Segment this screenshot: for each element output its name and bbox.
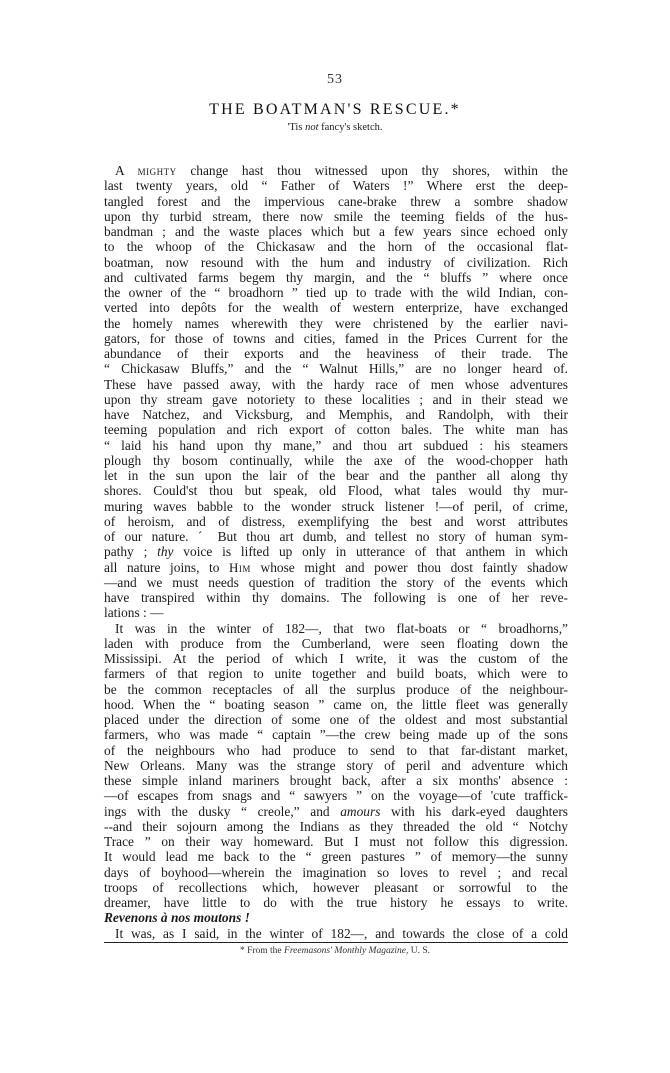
text-run: placed under the direction of some one o… <box>104 712 568 727</box>
text-run: to the whoop of the Chickasaw and the ho… <box>104 239 568 254</box>
text-line: last twenty years, old “ Father of Water… <box>104 178 568 193</box>
text-run: have Natchez, and Vicksburg, and Memphis… <box>104 407 568 422</box>
footnote-source: Freemasons' Monthly Magazine, <box>284 946 408 956</box>
text-line: all nature joins, to Him whose might and… <box>104 560 568 575</box>
text-line: placed under the direction of some one o… <box>104 712 568 727</box>
text-run: the owner of the “ broadhorn ” tied up t… <box>104 285 568 300</box>
text-line: lations : — <box>104 605 568 620</box>
text-run: these simple inland mariners brought bac… <box>104 773 568 788</box>
text-run: of our nature. ˊ But thou art dumb, and … <box>104 529 568 544</box>
text-line: It was, as I said, in the winter of 182—… <box>104 926 568 941</box>
text-line: —of escapes from snags and “ sawyers ” o… <box>104 788 568 803</box>
text-run: have transpired within thy domains. The … <box>104 590 568 605</box>
text-run: with his dark-eyed daughters <box>380 804 568 819</box>
text-line: These have passed away, with the hardy r… <box>104 377 568 392</box>
text-line: pathy ; thy voice is lifted up only in u… <box>104 544 568 559</box>
footnote-rule <box>104 942 568 943</box>
text-line: and cultivated farms begem thy margin, a… <box>104 270 568 285</box>
text-run: Him <box>229 560 251 575</box>
text-line: the owner of the “ broadhorn ” tied up t… <box>104 285 568 300</box>
text-line: days of boyhood—wherein the imagination … <box>104 865 568 880</box>
text-line: of the neighbours who had produce to sen… <box>104 743 568 758</box>
text-line: dreamer, have little to do with the true… <box>104 895 568 910</box>
text-run: “ laid his hand upon thy mane,” and thou… <box>104 438 568 453</box>
footnote: * From the Freemasons' Monthly Magazine,… <box>0 946 670 956</box>
text-line: “ Chickasaw Bluffs,” and the “ Walnut Hi… <box>104 361 568 376</box>
text-run: teeming population and rich export of co… <box>104 422 568 437</box>
epigraph-after: fancy's sketch. <box>319 122 383 133</box>
text-run: and cultivated farms begem thy margin, a… <box>104 270 568 285</box>
text-run: hood. When the “ boating season ” came o… <box>104 697 568 712</box>
text-line: troops of recollections which, however p… <box>104 880 568 895</box>
text-run: verted into depôts for the wealth of wes… <box>104 300 568 315</box>
epigraph-before: 'Tis <box>288 122 306 133</box>
text-run: tangled forest and the impervious cane-b… <box>104 194 568 209</box>
text-run: Trace ” on their way homeward. But I mus… <box>104 834 568 849</box>
text-line: farmers, who was made “ captain ”—the cr… <box>104 727 568 742</box>
text-line: let in the sun upon the lair of the bear… <box>104 468 568 483</box>
text-line: New Orleans. Many was the strange story … <box>104 758 568 773</box>
text-run: gators, for those of towns and cities, f… <box>104 331 568 346</box>
text-line: be the common receptacles of all the sur… <box>104 682 568 697</box>
text-line: Mississipi. At the period of which I wri… <box>104 651 568 666</box>
text-run: thy <box>157 544 173 559</box>
text-run: A <box>115 163 138 178</box>
text-line: —and we must needs question of tradition… <box>104 575 568 590</box>
footnote-before: * From the <box>240 946 284 956</box>
text-line: It would lead me back to the “ green pas… <box>104 849 568 864</box>
text-line: verted into depôts for the wealth of wes… <box>104 300 568 315</box>
text-run: Mississipi. At the period of which I wri… <box>104 651 568 666</box>
text-run: voice is lifted up only in utterance of … <box>173 544 568 559</box>
text-run: let in the sun upon the lair of the bear… <box>104 468 568 483</box>
text-run: —of escapes from snags and “ sawyers ” o… <box>104 788 568 803</box>
text-run: upon thy stream gave notoriety to these … <box>104 392 568 407</box>
text-line: of our nature. ˊ But thou art dumb, and … <box>104 529 568 544</box>
text-line: upon thy turbid stream, there now smile … <box>104 209 568 224</box>
text-run: be the common receptacles of all the sur… <box>104 682 568 697</box>
text-line: A mighty change hast thou witnessed upon… <box>104 163 568 178</box>
text-run: troops of recollections which, however p… <box>104 880 568 895</box>
text-run: laden with produce from the Cumberland, … <box>104 636 568 651</box>
text-run: —and we must needs question of tradition… <box>104 575 568 590</box>
text-run: farmers, who was made “ captain ”—the cr… <box>104 727 568 742</box>
text-line: --and their sojourn among the Indians as… <box>104 819 568 834</box>
body-text: A mighty change hast thou witnessed upon… <box>104 163 568 941</box>
text-run: shores. Could'st thou but speak, old Flo… <box>104 483 568 498</box>
text-run: It was, as I said, in the winter of 182—… <box>115 926 568 941</box>
text-line: shores. Could'st thou but speak, old Flo… <box>104 483 568 498</box>
text-line: farmers of that region to unite together… <box>104 666 568 681</box>
text-line: to the whoop of the Chickasaw and the ho… <box>104 239 568 254</box>
text-run: lations : — <box>104 605 164 620</box>
text-run: days of boyhood—wherein the imagination … <box>104 865 568 880</box>
text-run: Revenons à nos moutons ! <box>104 910 250 925</box>
article-title: THE BOATMAN'S RESCUE.* <box>0 101 670 119</box>
epigraph: 'Tis not fancy's sketch. <box>0 122 670 133</box>
text-line: abundance of their exports and the heavi… <box>104 346 568 361</box>
text-run: change hast thou witnessed upon thy shor… <box>177 163 568 178</box>
text-run: These have passed away, with the hardy r… <box>104 377 568 392</box>
text-line: gators, for those of towns and cities, f… <box>104 331 568 346</box>
text-run: the homely names wherewith they were chr… <box>104 316 568 331</box>
text-line: upon thy stream gave notoriety to these … <box>104 392 568 407</box>
text-line: these simple inland mariners brought bac… <box>104 773 568 788</box>
text-run: dreamer, have little to do with the true… <box>104 895 568 910</box>
text-run: --and their sojourn among the Indians as… <box>104 819 568 834</box>
text-line: tangled forest and the impervious cane-b… <box>104 194 568 209</box>
text-run: whose might and power thou dost faintly … <box>251 560 568 575</box>
text-line: of heroism, and of distress, exemplifyin… <box>104 514 568 529</box>
text-run: ings with the dusky “ creole,” and <box>104 804 340 819</box>
text-run: pathy ; <box>104 544 157 559</box>
text-run: farmers of that region to unite together… <box>104 666 568 681</box>
text-run: of the neighbours who had produce to sen… <box>104 743 568 758</box>
text-run: amours <box>340 804 380 819</box>
text-run: of heroism, and of distress, exemplifyin… <box>104 514 568 529</box>
text-line: plough thy bosom continually, while the … <box>104 453 568 468</box>
text-line: have transpired within thy domains. The … <box>104 590 568 605</box>
text-run: “ Chickasaw Bluffs,” and the “ Walnut Hi… <box>104 361 568 376</box>
text-line: have Natchez, and Vicksburg, and Memphis… <box>104 407 568 422</box>
text-line: laden with produce from the Cumberland, … <box>104 636 568 651</box>
text-line: hood. When the “ boating season ” came o… <box>104 697 568 712</box>
text-line: Revenons à nos moutons ! <box>104 910 568 925</box>
text-line: “ laid his hand upon thy mane,” and thou… <box>104 438 568 453</box>
text-run: boatman, now resound with the hum and in… <box>104 255 568 270</box>
text-line: boatman, now resound with the hum and in… <box>104 255 568 270</box>
epigraph-italic: not <box>305 122 318 133</box>
text-run: all nature joins, to <box>104 560 229 575</box>
text-run: bandman ; and the waste places which but… <box>104 224 568 239</box>
text-line: ings with the dusky “ creole,” and amour… <box>104 804 568 819</box>
text-run: It would lead me back to the “ green pas… <box>104 849 568 864</box>
text-run: upon thy turbid stream, there now smile … <box>104 209 568 224</box>
text-line: muring waves babble to the wonder struck… <box>104 499 568 514</box>
page-number: 53 <box>0 72 670 88</box>
footnote-after: U. S. <box>408 946 430 956</box>
text-run: New Orleans. Many was the strange story … <box>104 758 568 773</box>
text-line: bandman ; and the waste places which but… <box>104 224 568 239</box>
text-line: the homely names wherewith they were chr… <box>104 316 568 331</box>
text-run: plough thy bosom continually, while the … <box>104 453 568 468</box>
text-line: It was in the winter of 182—, that two f… <box>104 621 568 636</box>
text-line: teeming population and rich export of co… <box>104 422 568 437</box>
text-line: Trace ” on their way homeward. But I mus… <box>104 834 568 849</box>
text-run: muring waves babble to the wonder struck… <box>104 499 568 514</box>
text-run: last twenty years, old “ Father of Water… <box>104 178 568 193</box>
text-run: It was in the winter of 182—, that two f… <box>115 621 568 636</box>
text-run: abundance of their exports and the heavi… <box>104 346 568 361</box>
text-run: mighty <box>138 163 177 178</box>
